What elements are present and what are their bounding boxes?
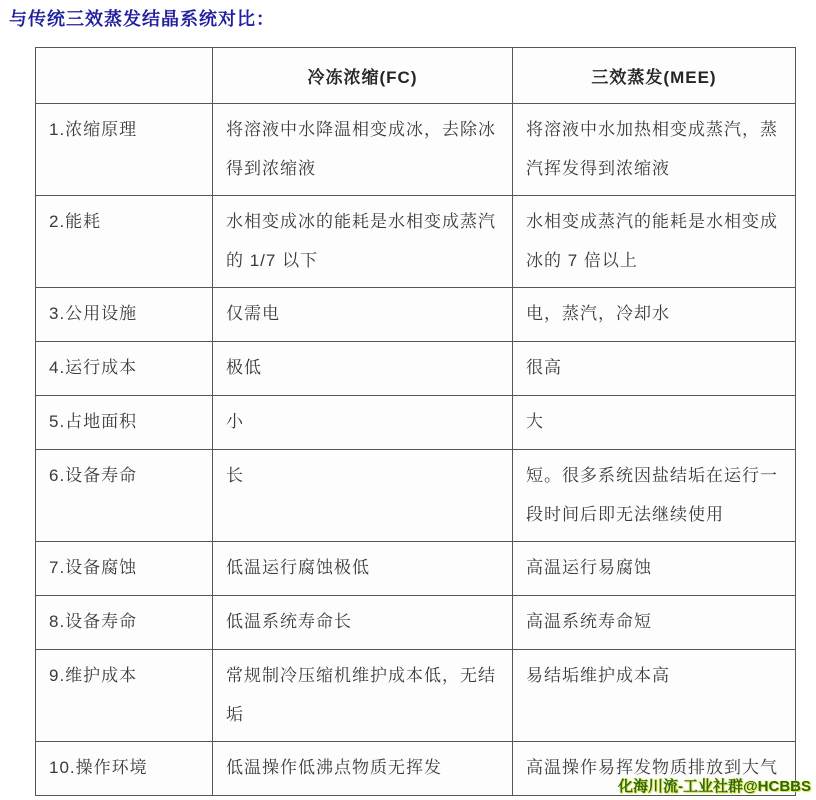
fc-cell: 仅需电 bbox=[213, 288, 513, 342]
row-label: 8.设备寿命 bbox=[36, 596, 213, 650]
table-row: 5.占地面积 小 大 bbox=[36, 396, 796, 450]
fc-cell: 将溶液中水降温相变成冰，去除冰得到浓缩液 bbox=[213, 104, 513, 196]
row-label: 3.公用设施 bbox=[36, 288, 213, 342]
row-label: 2.能耗 bbox=[36, 196, 213, 288]
header-cell-blank bbox=[36, 48, 213, 104]
mee-cell: 高温运行易腐蚀 bbox=[513, 542, 796, 596]
table-row: 3.公用设施 仅需电 电，蒸汽，冷却水 bbox=[36, 288, 796, 342]
table-row: 2.能耗 水相变成冰的能耗是水相变成蒸汽的 1/7 以下 水相变成蒸汽的能耗是水… bbox=[36, 196, 796, 288]
fc-cell: 长 bbox=[213, 450, 513, 542]
table-row: 9.维护成本 常规制冷压缩机维护成本低，无结垢 易结垢维护成本高 bbox=[36, 650, 796, 742]
table-row: 6.设备寿命 长 短。很多系统因盐结垢在运行一段时间后即无法继续使用 bbox=[36, 450, 796, 542]
table-row: 8.设备寿命 低温系统寿命长 高温系统寿命短 bbox=[36, 596, 796, 650]
row-label: 7.设备腐蚀 bbox=[36, 542, 213, 596]
row-label: 4.运行成本 bbox=[36, 342, 213, 396]
fc-cell: 极低 bbox=[213, 342, 513, 396]
row-label: 1.浓缩原理 bbox=[36, 104, 213, 196]
header-row: 冷冻浓缩(FC) 三效蒸发(MEE) bbox=[36, 48, 796, 104]
row-label: 6.设备寿命 bbox=[36, 450, 213, 542]
mee-cell: 电，蒸汽，冷却水 bbox=[513, 288, 796, 342]
fc-cell: 小 bbox=[213, 396, 513, 450]
header-cell-fc: 冷冻浓缩(FC) bbox=[213, 48, 513, 104]
fc-cell: 常规制冷压缩机维护成本低，无结垢 bbox=[213, 650, 513, 742]
row-label: 5.占地面积 bbox=[36, 396, 213, 450]
comparison-table: 冷冻浓缩(FC) 三效蒸发(MEE) 1.浓缩原理 将溶液中水降温相变成冰，去除… bbox=[35, 47, 796, 796]
row-label: 9.维护成本 bbox=[36, 650, 213, 742]
fc-cell: 低温操作低沸点物质无挥发 bbox=[213, 742, 513, 796]
mee-cell: 短。很多系统因盐结垢在运行一段时间后即无法继续使用 bbox=[513, 450, 796, 542]
mee-cell: 很高 bbox=[513, 342, 796, 396]
fc-cell: 水相变成冰的能耗是水相变成蒸汽的 1/7 以下 bbox=[213, 196, 513, 288]
table-row: 4.运行成本 极低 很高 bbox=[36, 342, 796, 396]
fc-cell: 低温运行腐蚀极低 bbox=[213, 542, 513, 596]
mee-cell: 高温系统寿命短 bbox=[513, 596, 796, 650]
mee-cell: 将溶液中水加热相变成蒸汽，蒸汽挥发得到浓缩液 bbox=[513, 104, 796, 196]
table-row: 1.浓缩原理 将溶液中水降温相变成冰，去除冰得到浓缩液 将溶液中水加热相变成蒸汽… bbox=[36, 104, 796, 196]
mee-cell: 易结垢维护成本高 bbox=[513, 650, 796, 742]
fc-cell: 低温系统寿命长 bbox=[213, 596, 513, 650]
watermark: 化海川流-工业社群@HCBBS bbox=[618, 775, 811, 796]
header-cell-mee: 三效蒸发(MEE) bbox=[513, 48, 796, 104]
row-label: 10.操作环境 bbox=[36, 742, 213, 796]
page-title: 与传统三效蒸发结晶系统对比： bbox=[9, 5, 275, 31]
mee-cell: 水相变成蒸汽的能耗是水相变成冰的 7 倍以上 bbox=[513, 196, 796, 288]
mee-cell: 大 bbox=[513, 396, 796, 450]
table-row: 7.设备腐蚀 低温运行腐蚀极低 高温运行易腐蚀 bbox=[36, 542, 796, 596]
